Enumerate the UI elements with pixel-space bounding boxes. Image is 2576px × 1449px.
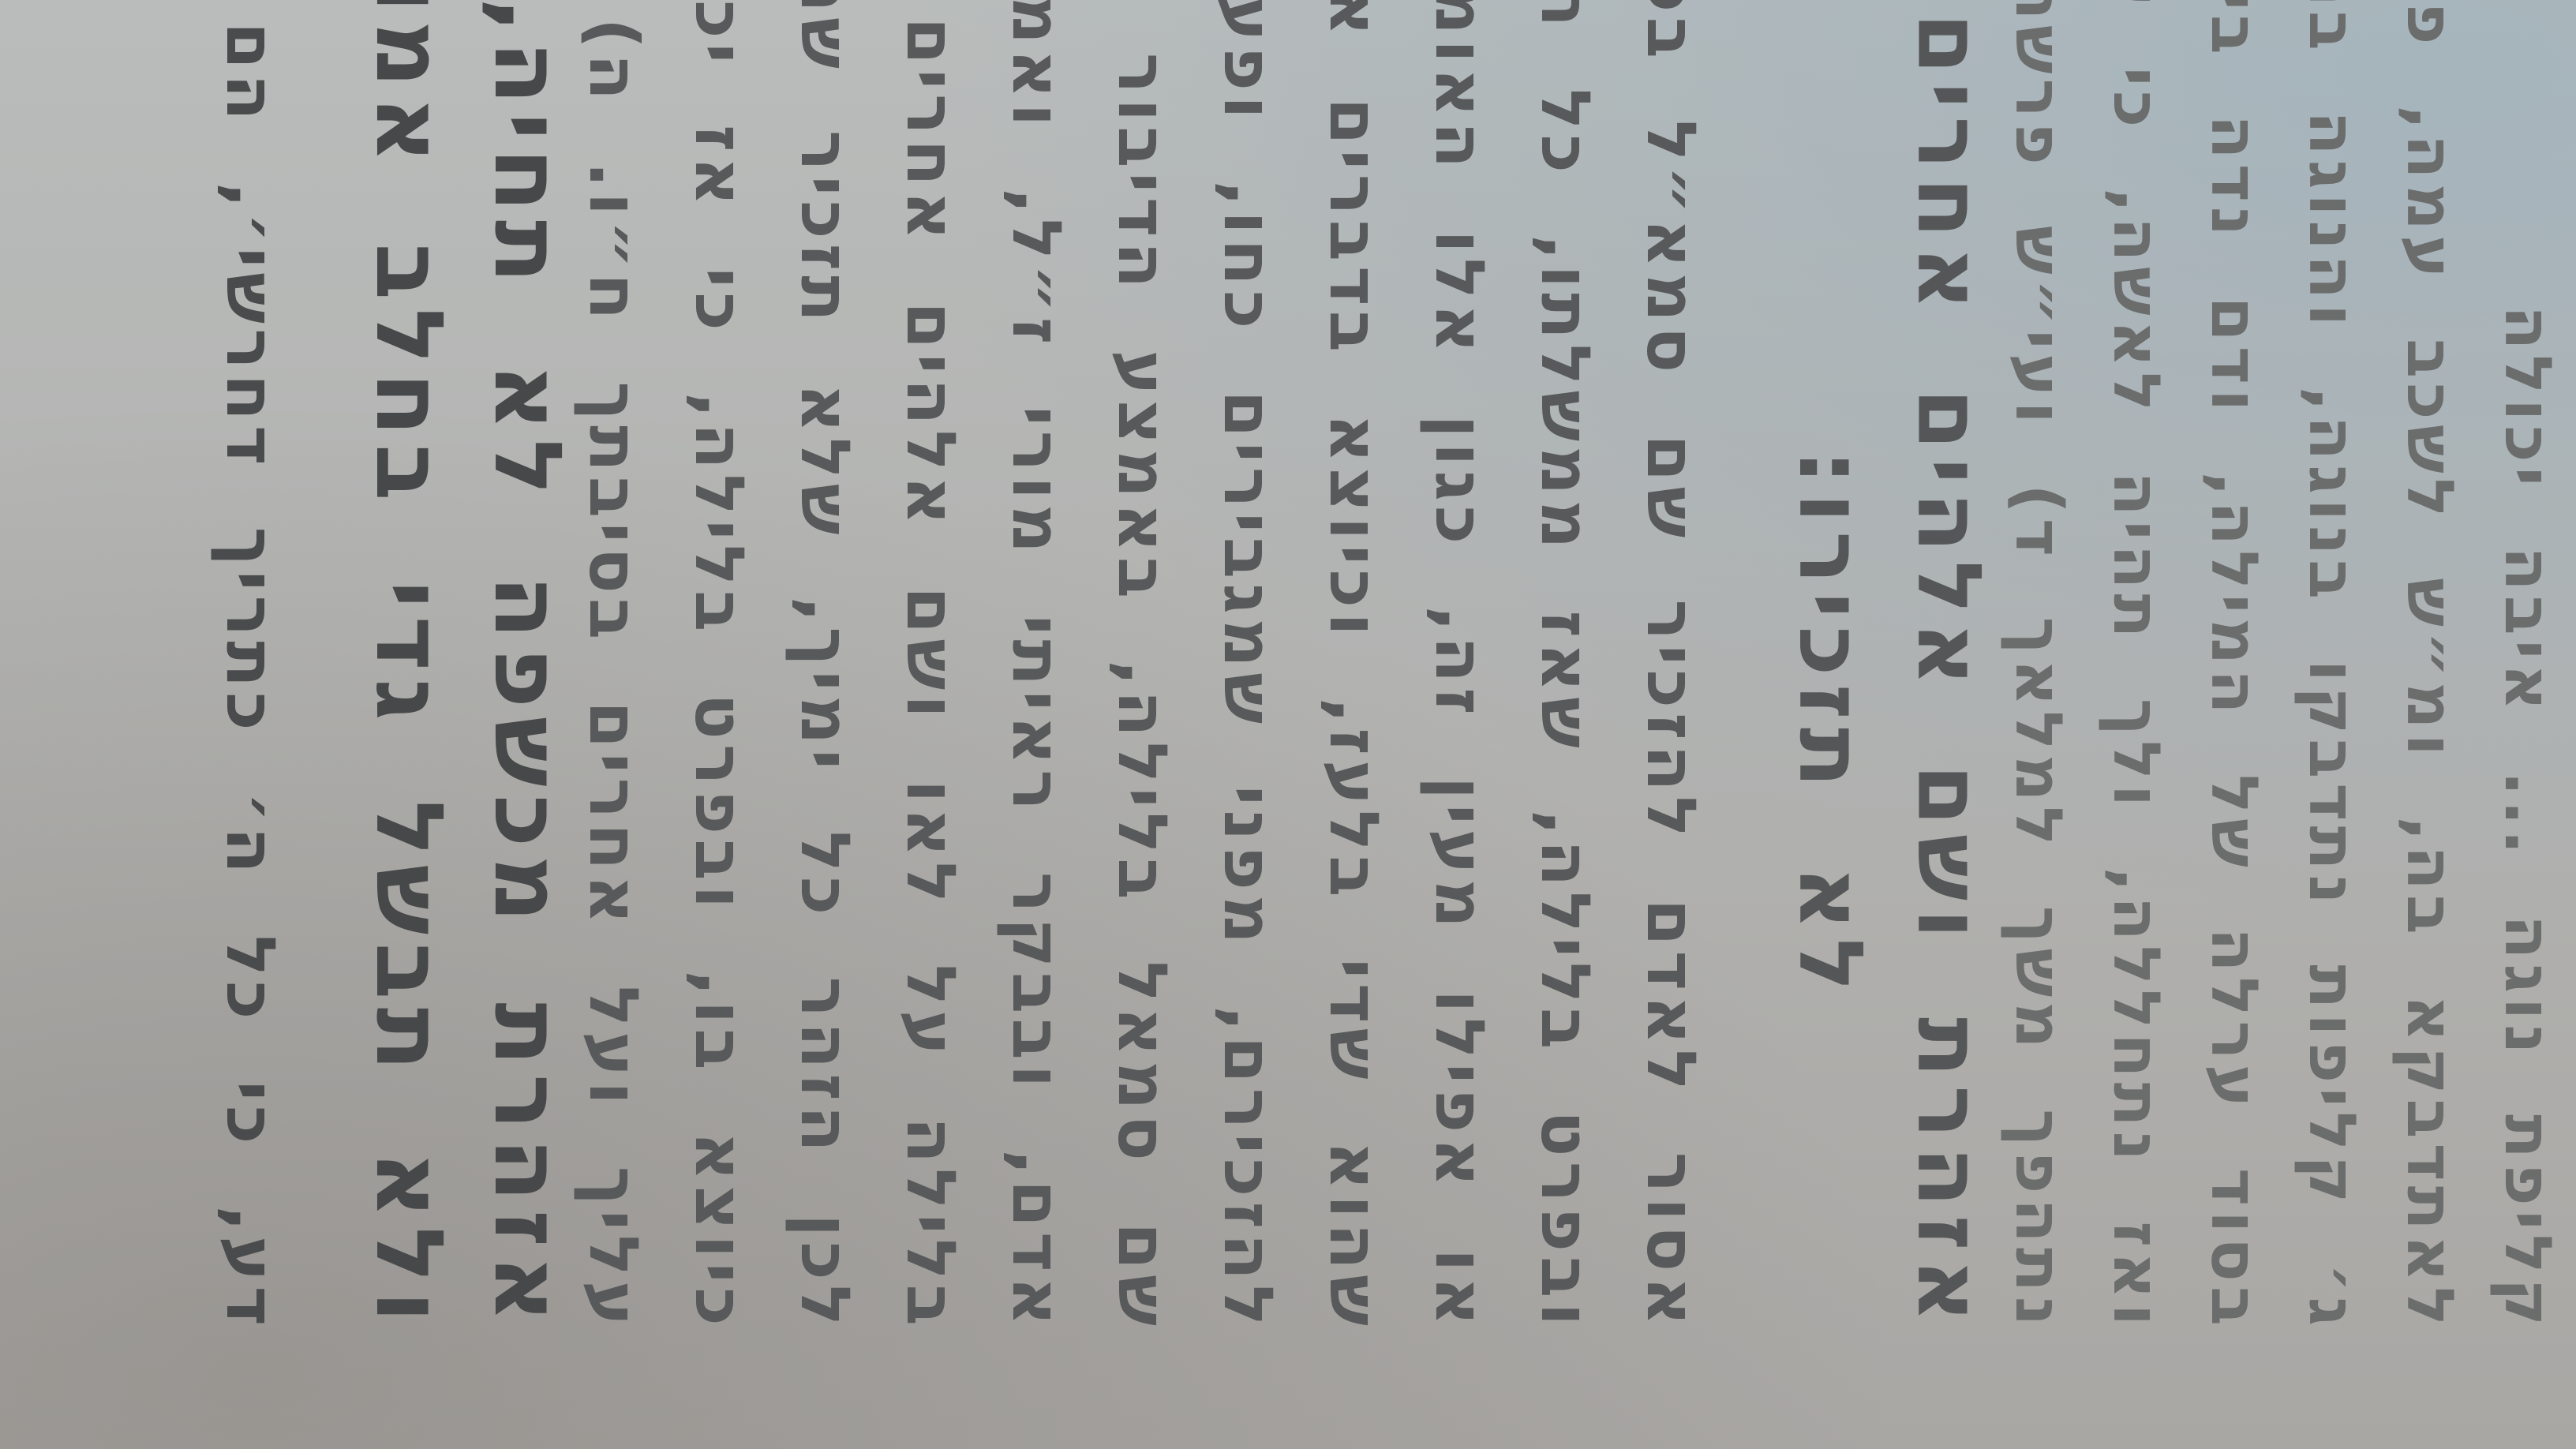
section-1-heading: אזהרת ושם אלהים אחרים לא תזכירו: [1771,0,2008,1449]
section-2-body: דע, כי כל ה׳ כתריך דחרשי׳, הם י״ס [197,0,303,1449]
text-line: ובפרט בלילה, שאז ממשלתו, כל המזכיר שמו [1512,118,1618,1331]
text-line: כיוצא בו, ובפרט בלילה, כי אז יכול להתגבר [666,118,772,1331]
text-line: להזכירם, מפני שמגבירים כחו, ופעם א׳ זכרת… [1195,118,1301,1331]
previous-section-continuation: קליפת נוגה ... איבה יכולה לאתדבקא בה, ומ… [1989,0,2576,1449]
text-line: ג׳ קליפות נתדבקו בנוגה, והנוגה בנערה זו, [2282,118,2380,1331]
text-line: לכן הזהר כל ימיך, שלא תזכיר שמו, ולא [772,118,878,1331]
heading-line: אזהרת מכשפה לא תחיה, [469,118,587,1331]
book-page: קליפת נוגה ... איבה יכולה לאתדבקא בה, ומ… [0,0,2576,1449]
text-line: או אפילו מעין זה, כגון אלו האומרים דיאבו… [1406,118,1512,1331]
text-line: אדם, ובבקר ראיתי מורי ז״ל, ואמ״ל למה עבר… [983,118,1089,1331]
section-1-body: אסור לאדם להזכיר שם סמא״ל בפיו, ובפרט בל… [560,0,1724,1449]
text-line: קליפת נוגה ... איבה יכולה [2478,118,2576,1331]
heading-line: אזהרת ושם אלהים אחרים [1889,118,2008,1331]
text-line: שם סמאל בלילה, באמצע הדיבור עם בני [1089,118,1195,1331]
heading-line: לא תזכירו: [1771,118,1889,1331]
text-line: בסוד ערלה של המילה, ודם נדה ביסוד הנקבה, [2185,118,2282,1331]
text-line: בלילה על לאו ושם אלהים אחרים לא תזכירו. [878,118,983,1331]
text-line: אסור לאדם להזכיר שם סמא״ל בפיו, [1618,118,1724,1331]
text-line: דע, כי כל ה׳ כתריך דחרשי׳, הם י״ס [197,118,303,1331]
text-line: שהוא שדי בלעז, וכיוצא בדברים אלו, אין [1301,118,1406,1331]
text-line: לאתדבקא בה, ומ״ש לשכב עמה, פירוש: כי [2380,118,2478,1331]
heading-line: ולא תבשל גדי בחלב אמו: [350,118,469,1331]
section-2-heading: אזהרת מכשפה לא תחיה, ולא תבשל גדי בחלב א… [350,0,587,1449]
text-line: ואז נתחללה, ולך תהיה לאשה, כי על ידה [2087,118,2185,1331]
